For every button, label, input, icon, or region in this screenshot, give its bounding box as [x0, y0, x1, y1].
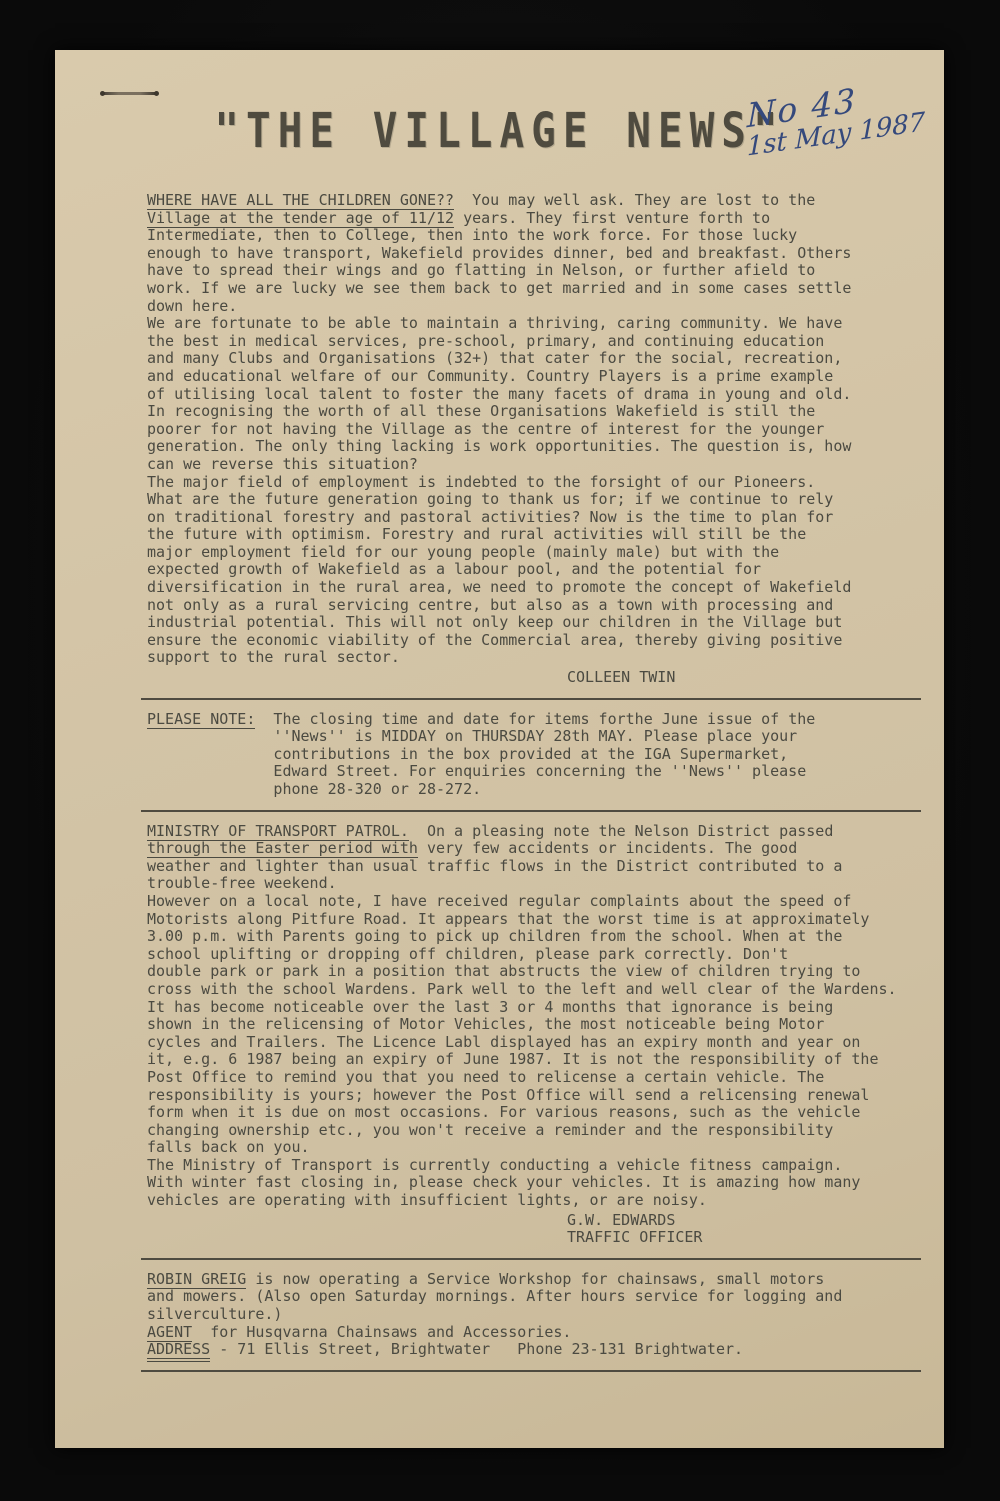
body-text: trouble-free weekend.	[147, 874, 337, 892]
text-line: MINISTRY OF TRANSPORT PATROL. On a pleas…	[147, 823, 917, 841]
text-line: TRAFFIC OFFICER	[567, 1229, 917, 1247]
text-line: PLEASE NOTE: The closing time and date f…	[147, 711, 917, 729]
text-line: and educational welfare of our Community…	[147, 368, 917, 386]
text-line: ensure the economic viability of the Com…	[147, 632, 917, 650]
body-text: weather and lighter than usual traffic f…	[147, 857, 842, 875]
body-text: The major field of employment is indebte…	[147, 473, 815, 491]
body-text: On a pleasing note the Nelson District p…	[409, 822, 833, 840]
body-text: form when it is due on most occasions. F…	[147, 1103, 860, 1121]
text-line: diversification in the rural area, we ne…	[147, 579, 917, 597]
body-text: Post Office to remind you that you need …	[147, 1068, 824, 1086]
text-line: and mowers. (Also open Saturday mornings…	[147, 1288, 917, 1306]
body-text: years. They first venture forth to	[454, 209, 770, 227]
body-text: and educational welfare of our Community…	[147, 367, 833, 385]
text-line: In recognising the worth of all these Or…	[147, 403, 917, 421]
text-line: The major field of employment is indebte…	[147, 474, 917, 492]
body-text: diversification in the rural area, we ne…	[147, 578, 851, 596]
body-text: school uplifting or dropping off childre…	[147, 945, 788, 963]
text-line: can we reverse this situation?	[147, 456, 917, 474]
body-text: - 71 Ellis Street, Brightwater Phone 23-…	[210, 1340, 743, 1358]
body-text: poorer for not having the Village as the…	[147, 420, 824, 438]
section-divider	[141, 810, 921, 812]
text-line: and many Clubs and Organisations (32+) t…	[147, 350, 917, 368]
text-line: shown in the relicensing of Motor Vehicl…	[147, 1016, 917, 1034]
body-text: Motorists along Pitfure Road. It appears…	[147, 910, 869, 928]
body-text: on traditional forestry and pastoral act…	[147, 508, 833, 526]
body-text: responsibility is yours; however the Pos…	[147, 1086, 869, 1104]
underlined-text: WHERE HAVE ALL THE CHILDREN GONE??	[147, 191, 454, 210]
text-line: Post Office to remind you that you need …	[147, 1069, 917, 1087]
body-text: In recognising the worth of all these Or…	[147, 402, 815, 420]
body-text: industrial potential. This will not only…	[147, 613, 842, 631]
text-line: phone 28-320 or 28-272.	[147, 781, 917, 799]
text-line: support to the rural sector.	[147, 649, 917, 667]
body-text: down here.	[147, 297, 237, 315]
section-please-note: PLEASE NOTE: The closing time and date f…	[147, 711, 917, 799]
text-line: major employment field for our young peo…	[147, 544, 917, 562]
text-line: COLLEEN TWIN	[567, 669, 917, 687]
text-line: enough to have transport, Wakefield prov…	[147, 245, 917, 263]
body-text: shown in the relicensing of Motor Vehicl…	[147, 1015, 824, 1033]
text-line: It has become noticeable over the last 3…	[147, 999, 917, 1017]
body-text: of utilising local talent to foster the …	[147, 385, 851, 403]
section-children: WHERE HAVE ALL THE CHILDREN GONE?? You m…	[147, 192, 917, 667]
body-text: The closing time and date for items fort…	[255, 710, 815, 728]
underlined-text: ADDRESS	[147, 1340, 210, 1362]
underlined-text: MINISTRY OF TRANSPORT PATROL.	[147, 822, 409, 841]
text-line: of utilising local talent to foster the …	[147, 386, 917, 404]
body-text: support to the rural sector.	[147, 648, 400, 666]
body-text: What are the future generation going to …	[147, 490, 833, 508]
text-line: What are the future generation going to …	[147, 491, 917, 509]
text-line: Motorists along Pitfure Road. It appears…	[147, 911, 917, 929]
signature-colleen-twin: COLLEEN TWIN	[147, 669, 917, 687]
body-text: Intermediate, then to College, then into…	[147, 226, 797, 244]
scan-background: { "page": { "title": "\"THE VILLAGE NEWS…	[0, 0, 1000, 1501]
text-line: the best in medical services, pre-school…	[147, 333, 917, 351]
body-text: can we reverse this situation?	[147, 455, 418, 473]
text-line: vehicles are operating with insufficient…	[147, 1192, 917, 1210]
signature-traffic-officer: G.W. EDWARDSTRAFFIC OFFICER	[147, 1212, 917, 1247]
section-ministry-of-transport: MINISTRY OF TRANSPORT PATROL. On a pleas…	[147, 823, 917, 1210]
document-body: WHERE HAVE ALL THE CHILDREN GONE?? You m…	[147, 192, 917, 1383]
text-line: expected growth of Wakefield as a labour…	[147, 561, 917, 579]
underlined-text: PLEASE NOTE:	[147, 710, 255, 729]
body-text: is now operating a Service Workshop for …	[246, 1270, 824, 1288]
text-line: 3.00 p.m. with Parents going to pick up …	[147, 928, 917, 946]
text-line: We are fortunate to be able to maintain …	[147, 315, 917, 333]
underlined-text: Village at the tender age of 11/12	[147, 209, 454, 228]
body-text: and many Clubs and Organisations (32+) t…	[147, 349, 842, 367]
text-line: falls back on you.	[147, 1139, 917, 1157]
underlined-text: AGENT	[147, 1323, 192, 1342]
body-text: 3.00 p.m. with Parents going to pick up …	[147, 927, 842, 945]
text-line: silverculture.)	[147, 1306, 917, 1324]
text-line: school uplifting or dropping off childre…	[147, 946, 917, 964]
body-text: TRAFFIC OFFICER	[567, 1228, 702, 1246]
text-line: the future with optimism. Forestry and r…	[147, 526, 917, 544]
body-text: You may well ask. They are lost to the	[454, 191, 815, 209]
text-line: G.W. EDWARDS	[567, 1212, 917, 1230]
body-text: changing ownership etc., you won't recei…	[147, 1121, 833, 1139]
text-line: WHERE HAVE ALL THE CHILDREN GONE?? You m…	[147, 192, 917, 210]
body-text: Edward Street. For enquiries concerning …	[147, 762, 806, 780]
body-text: cycles and Trailers. The Licence Labl di…	[147, 1033, 860, 1051]
text-line: ADDRESS - 71 Ellis Street, Brightwater P…	[147, 1341, 917, 1359]
body-text: the best in medical services, pre-school…	[147, 332, 824, 350]
body-text: for Husqvarna Chainsaws and Accessories.	[192, 1323, 571, 1341]
body-text: It has become noticeable over the last 3…	[147, 998, 833, 1016]
section-robin-greig: ROBIN GREIG is now operating a Service W…	[147, 1271, 917, 1359]
newsletter-page: "THE VILLAGE NEWS" No 43 1st May 1987 WH…	[55, 50, 944, 1448]
body-text: G.W. EDWARDS	[567, 1211, 675, 1229]
body-text: it, e.g. 6 1987 being an expiry of June …	[147, 1050, 879, 1068]
body-text: not only as a rural servicing centre, bu…	[147, 596, 833, 614]
body-text: falls back on you.	[147, 1138, 310, 1156]
body-text: and mowers. (Also open Saturday mornings…	[147, 1287, 842, 1305]
text-line: However on a local note, I have received…	[147, 893, 917, 911]
body-text: double park or park in a position that a…	[147, 962, 860, 980]
text-line: The Ministry of Transport is currently c…	[147, 1157, 917, 1175]
body-text: cross with the school Wardens. Park well…	[147, 980, 897, 998]
text-line: AGENT for Husqvarna Chainsaws and Access…	[147, 1324, 917, 1342]
text-line: weather and lighter than usual traffic f…	[147, 858, 917, 876]
body-text: ensure the economic viability of the Com…	[147, 631, 842, 649]
body-text: However on a local note, I have received…	[147, 892, 851, 910]
text-line: changing ownership etc., you won't recei…	[147, 1122, 917, 1140]
underlined-text: ROBIN GREIG	[147, 1270, 246, 1289]
body-text: the future with optimism. Forestry and r…	[147, 525, 806, 543]
text-line: on traditional forestry and pastoral act…	[147, 509, 917, 527]
text-line: it, e.g. 6 1987 being an expiry of June …	[147, 1051, 917, 1069]
body-text: very few accidents or incidents. The goo…	[418, 839, 797, 857]
text-line: double park or park in a position that a…	[147, 963, 917, 981]
body-text: contributions in the box provided at the…	[147, 745, 788, 763]
body-text: have to spread their wings and go flatti…	[147, 261, 815, 279]
text-line: With winter fast closing in, please chec…	[147, 1174, 917, 1192]
text-line: industrial potential. This will not only…	[147, 614, 917, 632]
body-text: generation. The only thing lacking is wo…	[147, 437, 851, 455]
text-line: cycles and Trailers. The Licence Labl di…	[147, 1034, 917, 1052]
body-text: expected growth of Wakefield as a labour…	[147, 560, 761, 578]
text-line: Village at the tender age of 11/12 years…	[147, 210, 917, 228]
body-text: COLLEEN TWIN	[567, 668, 675, 686]
body-text: With winter fast closing in, please chec…	[147, 1173, 860, 1191]
section-divider	[141, 1370, 921, 1372]
text-line: work. If we are lucky we see them back t…	[147, 280, 917, 298]
text-line: poorer for not having the Village as the…	[147, 421, 917, 439]
body-text: silverculture.)	[147, 1305, 282, 1323]
text-line: have to spread their wings and go flatti…	[147, 262, 917, 280]
body-text: phone 28-320 or 28-272.	[147, 780, 481, 798]
underlined-text: through the Easter period with	[147, 839, 418, 858]
body-text: The Ministry of Transport is currently c…	[147, 1156, 842, 1174]
text-line: responsibility is yours; however the Pos…	[147, 1087, 917, 1105]
text-line: generation. The only thing lacking is wo…	[147, 438, 917, 456]
text-line: Edward Street. For enquiries concerning …	[147, 763, 917, 781]
text-line: form when it is due on most occasions. F…	[147, 1104, 917, 1122]
text-line: ROBIN GREIG is now operating a Service W…	[147, 1271, 917, 1289]
body-text: ''News'' is MIDDAY on THURSDAY 28th MAY.…	[147, 727, 797, 745]
text-line: trouble-free weekend.	[147, 875, 917, 893]
text-line: Intermediate, then to College, then into…	[147, 227, 917, 245]
body-text: enough to have transport, Wakefield prov…	[147, 244, 851, 262]
text-line: ''News'' is MIDDAY on THURSDAY 28th MAY.…	[147, 728, 917, 746]
text-line: not only as a rural servicing centre, bu…	[147, 597, 917, 615]
text-line: through the Easter period with very few …	[147, 840, 917, 858]
text-line: contributions in the box provided at the…	[147, 746, 917, 764]
section-divider	[141, 698, 921, 700]
body-text: vehicles are operating with insufficient…	[147, 1191, 707, 1209]
text-line: cross with the school Wardens. Park well…	[147, 981, 917, 999]
section-divider	[141, 1258, 921, 1260]
staple-mark	[102, 92, 157, 95]
body-text: work. If we are lucky we see them back t…	[147, 279, 851, 297]
body-text: major employment field for our young peo…	[147, 543, 779, 561]
body-text: We are fortunate to be able to maintain …	[147, 314, 842, 332]
text-line: down here.	[147, 298, 917, 316]
